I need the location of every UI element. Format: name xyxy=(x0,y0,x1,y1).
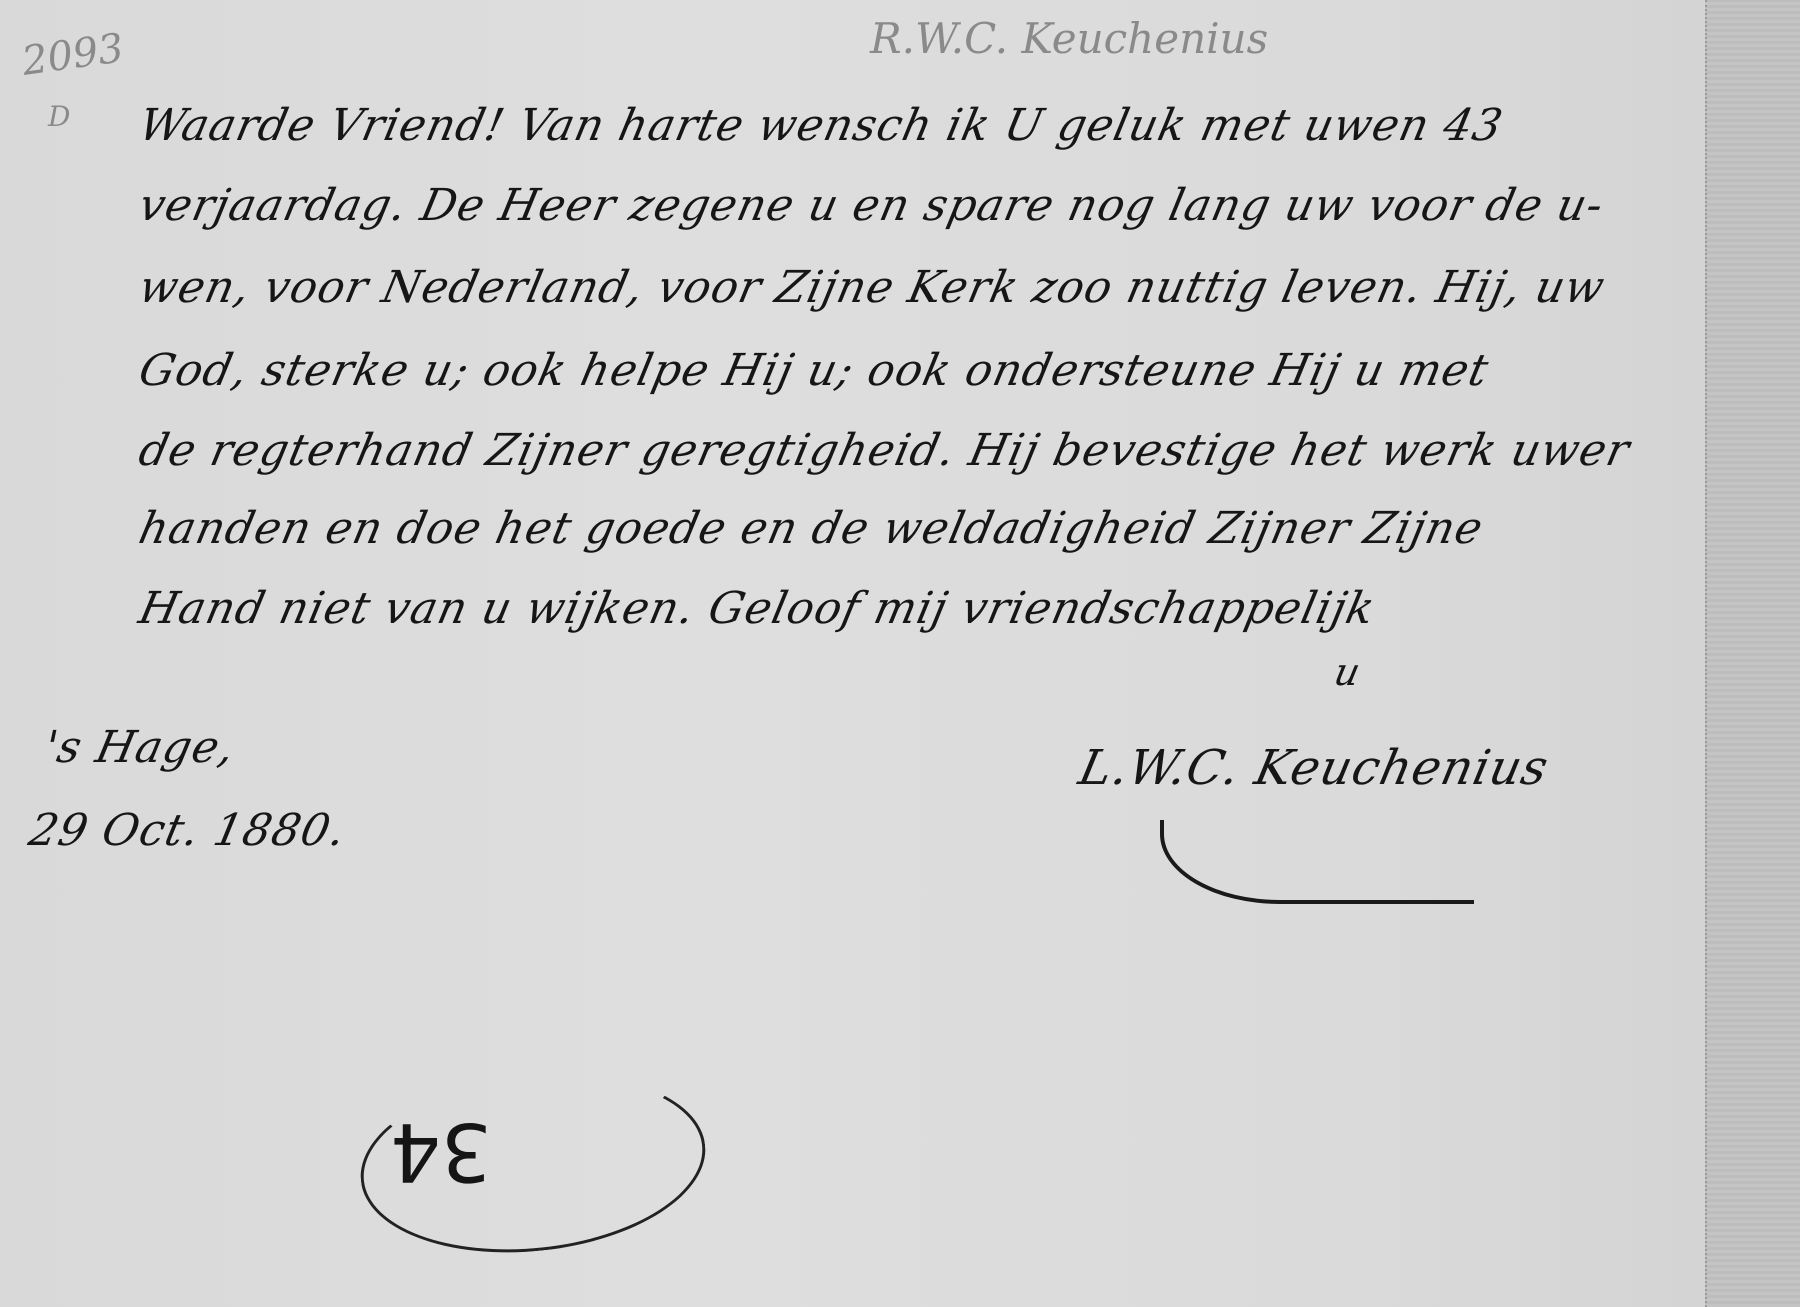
closing-word: u xyxy=(1330,650,1365,694)
page-edge-strip xyxy=(1705,0,1800,1307)
pencil-author-annotation: R.W.C. Keuchenius xyxy=(870,14,1268,63)
letter-line-5: de regterhand Zijner geregtigheid. Hij b… xyxy=(135,425,1635,476)
letter-line-6: handen en doe het goede en de weldadighe… xyxy=(135,503,1488,554)
signature: L.W.C. Keuchenius xyxy=(1074,740,1554,796)
signature-flourish xyxy=(1160,820,1474,904)
archive-stamp-number: 34 xyxy=(390,1105,492,1198)
archive-sub-mark: D xyxy=(48,100,70,133)
letter-line-3: wen, voor Nederland, voor Zijne Kerk zoo… xyxy=(135,262,1610,313)
letter-line-7: Hand niet van u wijken. Geloof mij vrien… xyxy=(135,583,1380,634)
letter-date: 29 Oct. 1880. xyxy=(25,805,351,856)
letter-line-1: Waarde Vriend! Van harte wensch ik U gel… xyxy=(135,100,1508,151)
letter-place: 's Hage, xyxy=(40,722,240,773)
letter-page: 2093 D R.W.C. Keuchenius Waarde Vriend! … xyxy=(0,0,1705,1307)
letter-line-4: God, sterke u; ook helpe Hij u; ook onde… xyxy=(135,345,1494,396)
letter-line-2: verjaardag. De Heer zegene u en spare no… xyxy=(135,180,1609,231)
archive-number: 2093 xyxy=(19,25,126,85)
